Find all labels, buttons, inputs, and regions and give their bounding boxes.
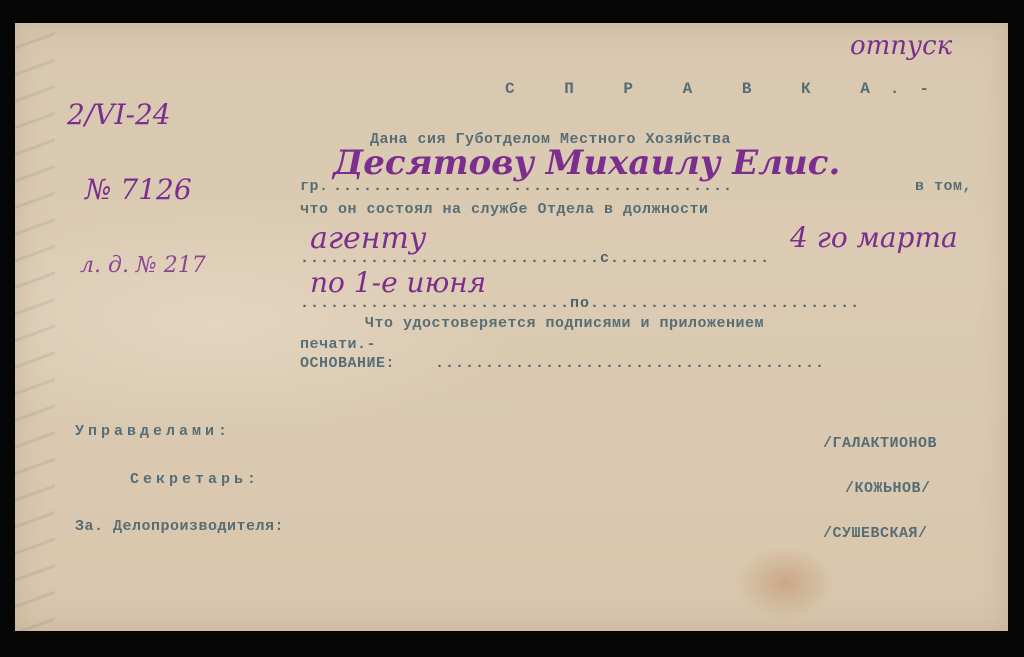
certify-line: Что удостоверяется подписями и приложени…: [365, 315, 764, 332]
document-title: С П Р А В К А.-: [505, 80, 949, 98]
citizen-suffix: в том,: [915, 178, 972, 195]
basis-label: ОСНОВАНИЕ:: [300, 355, 395, 372]
seal-line: печати.-: [300, 336, 376, 353]
signature-role-1: Управделами:: [75, 423, 231, 440]
signature-name-1: /ГАЛАКТИОНОВ: [823, 435, 937, 452]
handwritten-recipient: Десятову Михаилу Елис.: [333, 143, 840, 183]
handwritten-from-date: 4 го марта: [790, 221, 958, 254]
basis-dots: .......................................: [435, 355, 825, 372]
service-line: что он состоял на службе Отдела в должно…: [300, 201, 709, 218]
edge-stamp-marks: [15, 23, 55, 631]
handwritten-to-date: по 1-е июня: [310, 266, 486, 299]
handwritten-position: агенту: [310, 221, 426, 256]
handwritten-reference: л. д. № 217: [80, 253, 206, 278]
citizen-prefix: гр.: [300, 178, 329, 195]
handwritten-date: 2/VI-24: [67, 98, 171, 131]
signature-role-3: За. Делопроизводителя:: [75, 518, 284, 535]
handwritten-number: № 7126: [85, 173, 192, 206]
signature-name-3: /СУШЕВСКАЯ/: [823, 525, 928, 542]
document-sheet: 2/VI-24 № 7126 л. д. № 217 отпуск С П Р …: [15, 23, 1008, 631]
signature-name-2: /КОЖЬНОВ/: [845, 480, 931, 497]
signature-role-2: Секретарь:: [130, 471, 260, 488]
handwritten-note: отпуск: [850, 31, 952, 61]
